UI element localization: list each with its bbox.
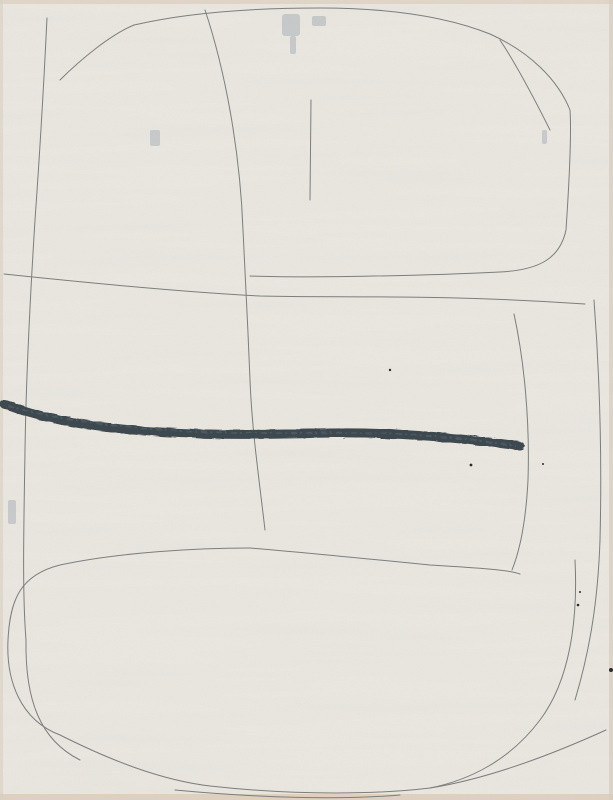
painting (0, 0, 613, 800)
artwork-canvas (0, 0, 613, 800)
